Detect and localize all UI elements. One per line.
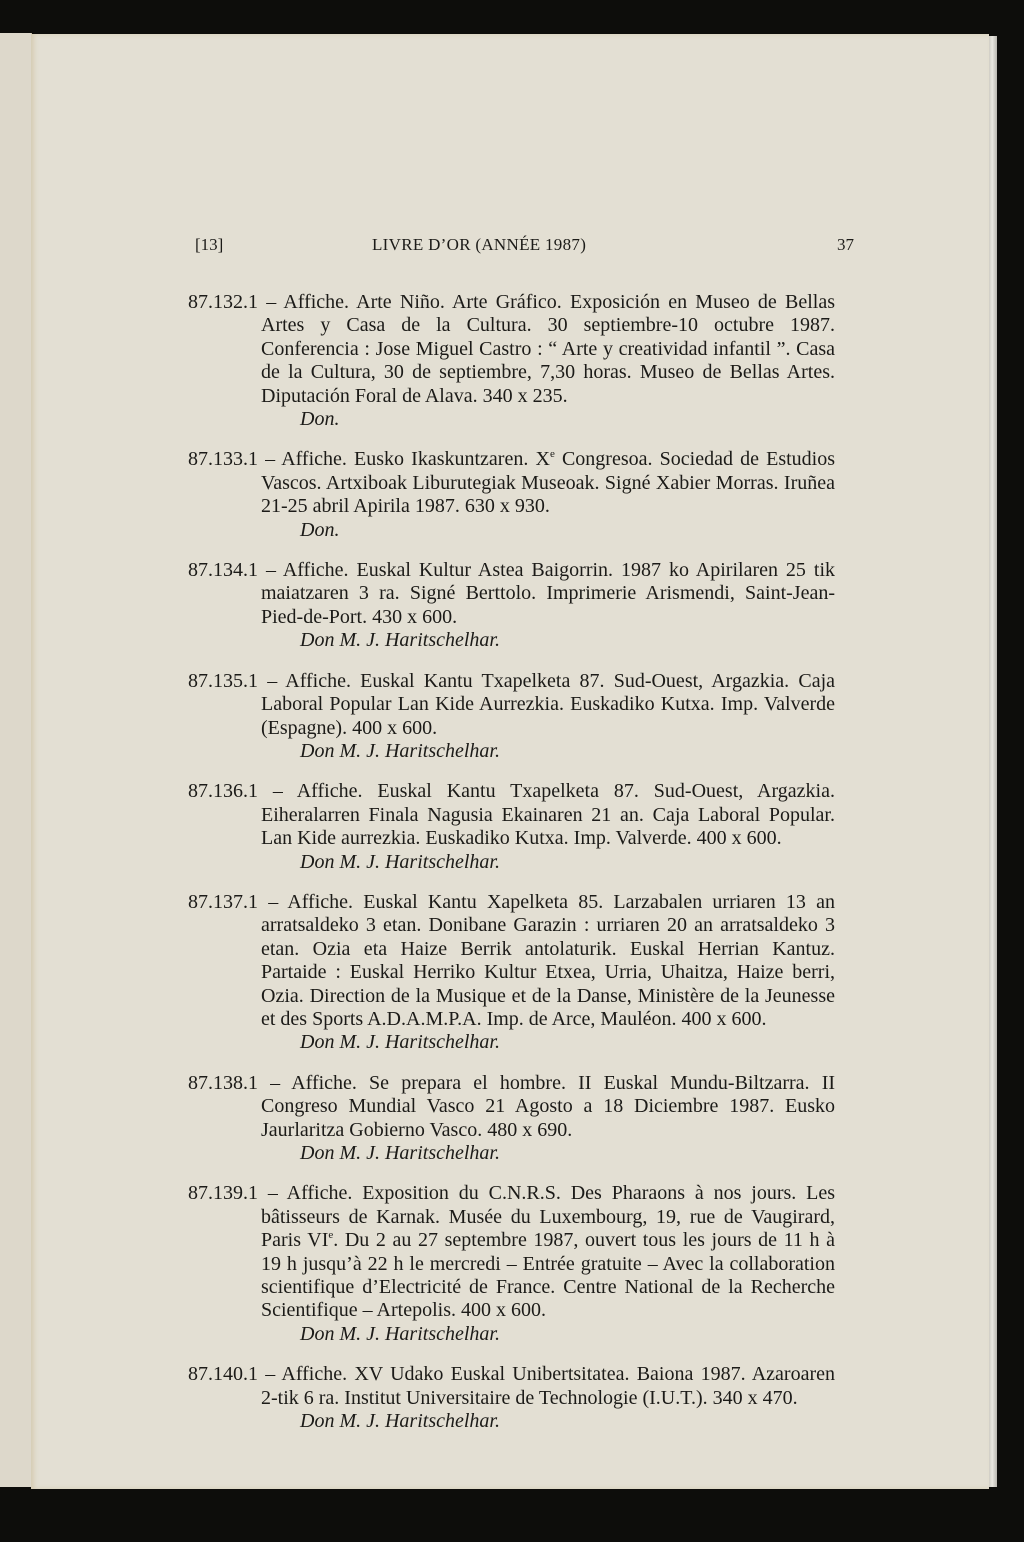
entry-dash: – xyxy=(266,291,276,313)
entry-dash: – xyxy=(265,448,275,470)
entry-number: 87.139.1 xyxy=(188,1182,258,1204)
page-stack-edge xyxy=(989,36,997,1487)
book-page: [13] LIVRE D’OR (ANNÉE 1987) 37 87.132.1… xyxy=(31,34,989,1489)
entry-donor: Don M. J. Haritschelhar. xyxy=(188,1031,835,1054)
entry-dash: – xyxy=(268,1182,278,1204)
entry-description: Affiche. XV Udako Euskal Unibertsitatea.… xyxy=(261,1363,835,1408)
entry-donor: Don M. J. Haritschelhar. xyxy=(188,1323,835,1346)
catalog-entry: 87.140.1 – Affiche. XV Udako Euskal Unib… xyxy=(188,1363,835,1433)
entry-body: 87.133.1 – Affiche. Eusko Ikaskuntzaren.… xyxy=(188,448,835,518)
entry-donor: Don M. J. Haritschelhar. xyxy=(188,1142,835,1165)
catalog-entry: 87.136.1 – Affiche. Euskal Kantu Txapelk… xyxy=(188,780,835,874)
entry-donor: Don M. J. Haritschelhar. xyxy=(188,1410,835,1433)
entry-description-cont: . Du 2 au 27 septembre 1987, ouvert tous… xyxy=(261,1229,835,1321)
catalog-entry: 87.135.1 – Affiche. Euskal Kantu Txapelk… xyxy=(188,670,835,764)
catalog-entry: 87.139.1 – Affiche. Exposition du C.N.R.… xyxy=(188,1182,835,1346)
catalog-entry: 87.134.1 – Affiche. Euskal Kultur Astea … xyxy=(188,559,835,653)
entry-body: 87.132.1 – Affiche. Arte Niño. Arte Gráf… xyxy=(188,291,835,408)
entry-number: 87.134.1 xyxy=(188,559,258,581)
entry-donor: Don M. J. Haritschelhar. xyxy=(188,629,835,652)
catalog-entry: 87.137.1 – Affiche. Euskal Kantu Xapelke… xyxy=(188,891,835,1055)
entry-description: Affiche. Eusko Ikaskuntzaren. X xyxy=(281,448,550,470)
entry-body: 87.134.1 – Affiche. Euskal Kultur Astea … xyxy=(188,559,835,629)
entry-donor: Don M. J. Haritschelhar. xyxy=(188,740,835,763)
entry-description: Affiche. Euskal Kultur Astea Baigorrin. … xyxy=(261,559,835,628)
entry-dash: – xyxy=(273,780,283,802)
entry-description: Affiche. Se prepara el hombre. II Euskal… xyxy=(261,1072,835,1141)
entry-body: 87.136.1 – Affiche. Euskal Kantu Txapelk… xyxy=(188,780,835,850)
page-title: LIVRE D’OR (ANNÉE 1987) xyxy=(372,235,586,255)
entry-dash: – xyxy=(268,891,278,913)
entry-body: 87.137.1 – Affiche. Euskal Kantu Xapelke… xyxy=(188,891,835,1031)
page-reference: [13] xyxy=(195,235,223,255)
entry-body: 87.140.1 – Affiche. XV Udako Euskal Unib… xyxy=(188,1363,835,1410)
running-head: [13] LIVRE D’OR (ANNÉE 1987) 37 xyxy=(31,235,989,259)
entry-dash: – xyxy=(266,559,276,581)
entry-description: Affiche. Arte Niño. Arte Gráfico. Exposi… xyxy=(261,291,835,407)
entry-body: 87.138.1 – Affiche. Se prepara el hombre… xyxy=(188,1072,835,1142)
entry-number: 87.132.1 xyxy=(188,291,258,313)
catalog-entry: 87.133.1 – Affiche. Eusko Ikaskuntzaren.… xyxy=(188,448,835,542)
catalog-entries: 87.132.1 – Affiche. Arte Niño. Arte Gráf… xyxy=(188,291,835,1450)
page-number: 37 xyxy=(837,235,854,255)
facing-page-edge xyxy=(0,33,32,1487)
entry-donor: Don. xyxy=(188,519,835,542)
entry-dash: – xyxy=(270,1072,280,1094)
entry-number: 87.138.1 xyxy=(188,1072,258,1094)
entry-number: 87.140.1 xyxy=(188,1363,258,1385)
entry-description: Affiche. Euskal Kantu Xapelketa 85. Larz… xyxy=(261,891,835,1030)
catalog-entry: 87.138.1 – Affiche. Se prepara el hombre… xyxy=(188,1072,835,1166)
entry-body: 87.135.1 – Affiche. Euskal Kantu Txapelk… xyxy=(188,670,835,740)
entry-number: 87.136.1 xyxy=(188,780,258,802)
entry-body: 87.139.1 – Affiche. Exposition du C.N.R.… xyxy=(188,1182,835,1322)
entry-dash: – xyxy=(267,670,277,692)
entry-description: Affiche. Euskal Kantu Txapelketa 87. Sud… xyxy=(261,670,835,739)
entry-description: Affiche. Euskal Kantu Txapelketa 87. Sud… xyxy=(261,780,835,849)
entry-dash: – xyxy=(265,1363,275,1385)
entry-number: 87.137.1 xyxy=(188,891,258,913)
entry-donor: Don M. J. Haritschelhar. xyxy=(188,851,835,874)
entry-donor: Don. xyxy=(188,408,835,431)
entry-number: 87.133.1 xyxy=(188,448,258,470)
catalog-entry: 87.132.1 – Affiche. Arte Niño. Arte Gráf… xyxy=(188,291,835,431)
entry-number: 87.135.1 xyxy=(188,670,258,692)
